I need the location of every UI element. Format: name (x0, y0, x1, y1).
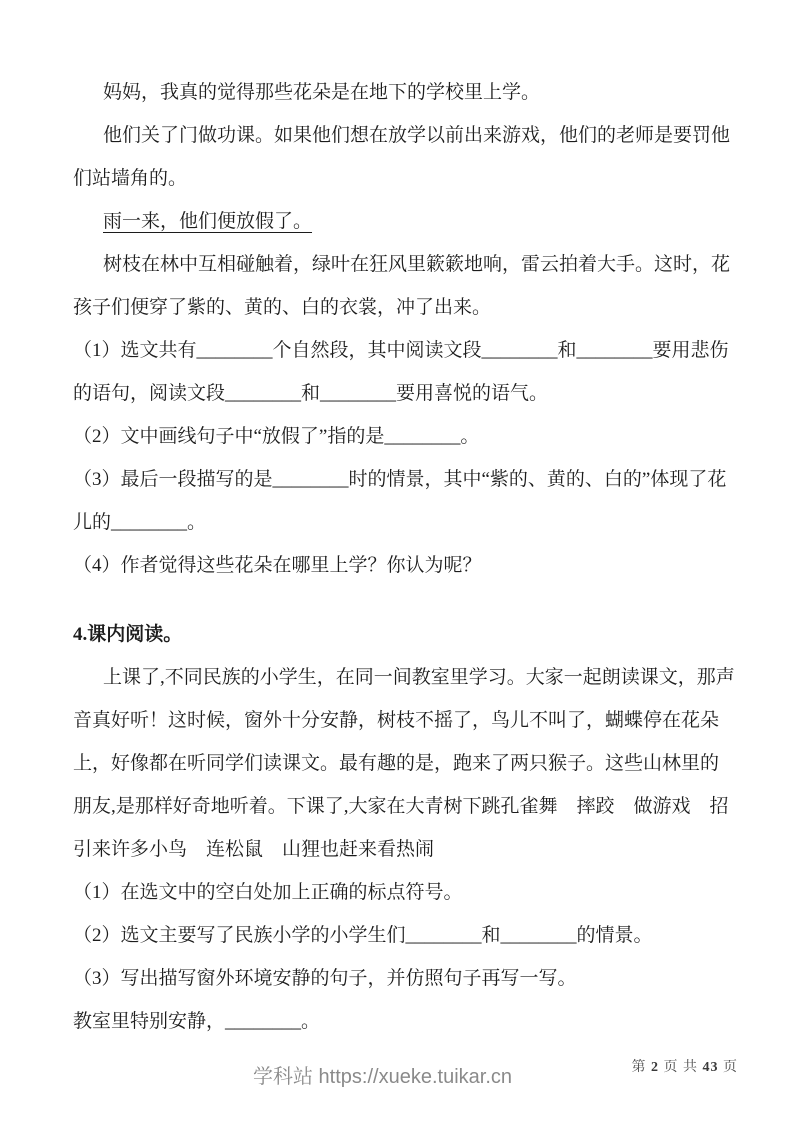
text-line: （3）最后一段描写的是________时的情景，其中“紫的、黄的、白的”体现了花 (73, 458, 741, 501)
text-line: 上，好像都在听同学们读课文。最有趣的是，跑来了两只猴子。这些山林里的 (73, 742, 741, 785)
section-heading: 4.课内阅读。 (73, 613, 741, 656)
underlined-sentence: 雨一来，他们便放假了。 (103, 211, 312, 232)
page-number: 第 2 页 共 43 页 (632, 1056, 739, 1076)
page-number-middle: 页 共 (664, 1060, 699, 1075)
text-line: （1）在选文中的空白处加上正确的标点符号。 (73, 871, 741, 914)
text-line: 儿的________。 (73, 501, 741, 544)
text-line: 朋友,是那样好奇地听着。下课了,大家在大青树下跳孔雀舞 摔跤 做游戏 招 (73, 785, 741, 828)
page-number-suffix: 页 (723, 1060, 738, 1075)
text-line: （2）选文主要写了民族小学的小学生们________和________的情景。 (73, 914, 741, 957)
page-number-prefix: 第 (632, 1060, 647, 1075)
text-line: （3）写出描写窗外环境安静的句子，并仿照句子再写一写。 (73, 957, 741, 1000)
text-line: （1）选文共有________个自然段，其中阅读文段________和_____… (73, 329, 741, 372)
text-line: （2）文中画线句子中“放假了”指的是________。 (73, 415, 741, 458)
text-line: 他们关了门做功课。如果他们想在放学以前出来游戏，他们的老师是要罚他 (73, 114, 741, 157)
total-pages: 43 (703, 1060, 719, 1075)
document-content: 妈妈，我真的觉得那些花朵是在地下的学校里上学。他们关了门做功课。如果他们想在放学… (73, 71, 741, 1043)
text-line: 雨一来，他们便放假了。 (73, 200, 741, 243)
text-line: 引来许多小鸟 连松鼠 山狸也赶来看热闹 (73, 828, 741, 871)
text-line: 的语句，阅读文段________和________要用喜悦的语气。 (73, 372, 741, 415)
text-line: 孩子们便穿了紫的、黄的、白的衣裳，冲了出来。 (73, 286, 741, 329)
text-line: 上课了,不同民族的小学生，在同一间教室里学习。大家一起朗读课文，那声 (73, 656, 741, 699)
text-line: 教室里特别安静，________。 (73, 1000, 741, 1043)
text-line: 树枝在林中互相碰触着，绿叶在狂风里簌簌地响，雷云拍着大手。这时，花 (73, 243, 741, 286)
text-line: 妈妈，我真的觉得那些花朵是在地下的学校里上学。 (73, 71, 741, 114)
current-page: 2 (651, 1060, 659, 1075)
document-page: 妈妈，我真的觉得那些花朵是在地下的学校里上学。他们关了门做功课。如果他们想在放学… (0, 0, 793, 1122)
text-line: 音真好听！这时候，窗外十分安静，树枝不摇了，鸟儿不叫了，蝴蝶停在花朵 (73, 699, 741, 742)
text-line: （4）作者觉得这些花朵在哪里上学？你认为呢？ (73, 544, 741, 587)
text-line: 们站墙角的。 (73, 157, 741, 200)
